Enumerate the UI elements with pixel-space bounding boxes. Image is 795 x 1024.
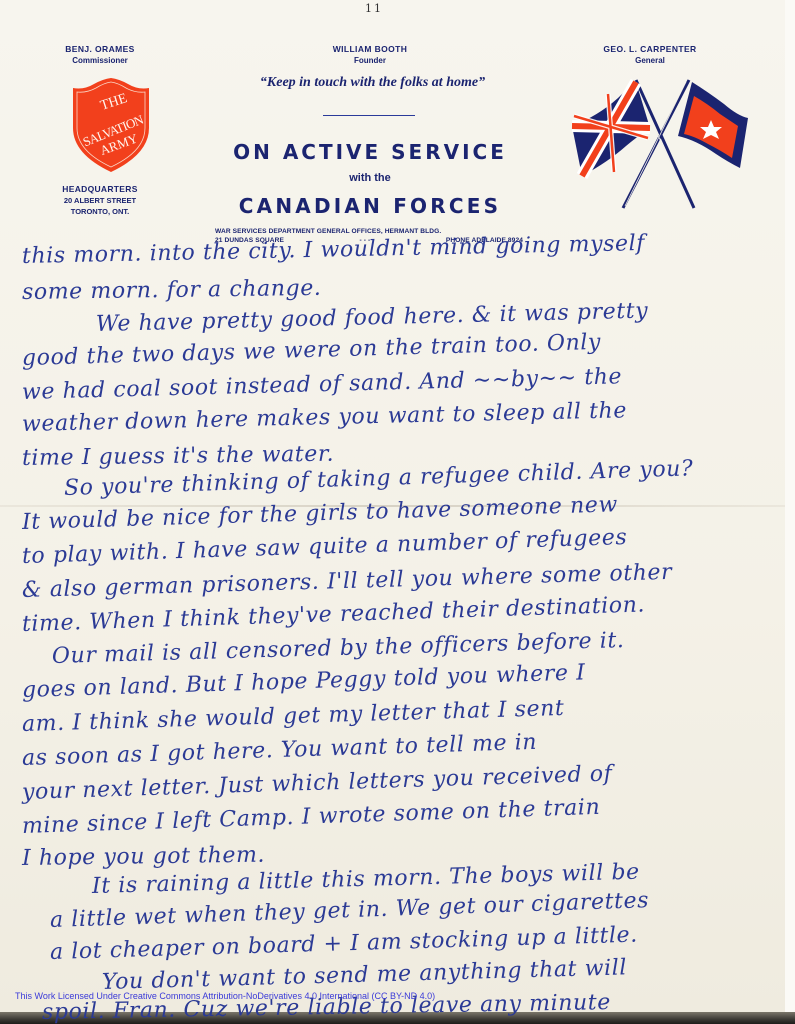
general-title: General bbox=[585, 56, 715, 65]
crossed-flags-icon bbox=[568, 76, 750, 210]
headquarters-city: TORONTO, ONT. bbox=[45, 207, 155, 216]
letter-line: I hope you got them. bbox=[22, 843, 265, 871]
heading-with-the: with the bbox=[215, 172, 525, 184]
letter-line: some morn. for a change. bbox=[22, 276, 322, 305]
founder-block: WILLIAM BOOTH Founder bbox=[300, 44, 440, 65]
letter-line: time I guess it's the water. bbox=[22, 442, 335, 471]
founder-title: Founder bbox=[300, 56, 440, 65]
slogan: “Keep in touch with the folks at home” bbox=[225, 75, 520, 91]
divider bbox=[323, 115, 415, 116]
heading-on-active-service: ON ACTIVE SERVICE bbox=[215, 140, 525, 164]
headquarters-street: 20 ALBERT STREET bbox=[45, 196, 155, 205]
headquarters-label: HEADQUARTERS bbox=[45, 184, 155, 194]
page-margin bbox=[785, 0, 795, 1012]
founder-name: WILLIAM BOOTH bbox=[300, 44, 440, 54]
commissioner-name: BENJ. ORAMES bbox=[50, 44, 150, 54]
general-block: GEO. L. CARPENTER General bbox=[585, 44, 715, 65]
general-name: GEO. L. CARPENTER bbox=[585, 44, 715, 54]
page-number: 11 bbox=[365, 2, 383, 15]
union-jack-flag-icon bbox=[572, 82, 650, 176]
license-notice: This Work Licensed Under Creative Common… bbox=[15, 991, 435, 1001]
salvation-army-shield-icon: THE SALVATION ARMY bbox=[70, 78, 152, 172]
commissioner-title: Commissioner bbox=[50, 56, 150, 65]
commissioner-block: BENJ. ORAMES Commissioner bbox=[50, 44, 150, 65]
headquarters-address: HEADQUARTERS 20 ALBERT STREET TORONTO, O… bbox=[45, 184, 155, 216]
heading-canadian-forces: CANADIAN FORCES bbox=[215, 194, 525, 218]
salvation-army-flag-icon bbox=[678, 82, 748, 168]
